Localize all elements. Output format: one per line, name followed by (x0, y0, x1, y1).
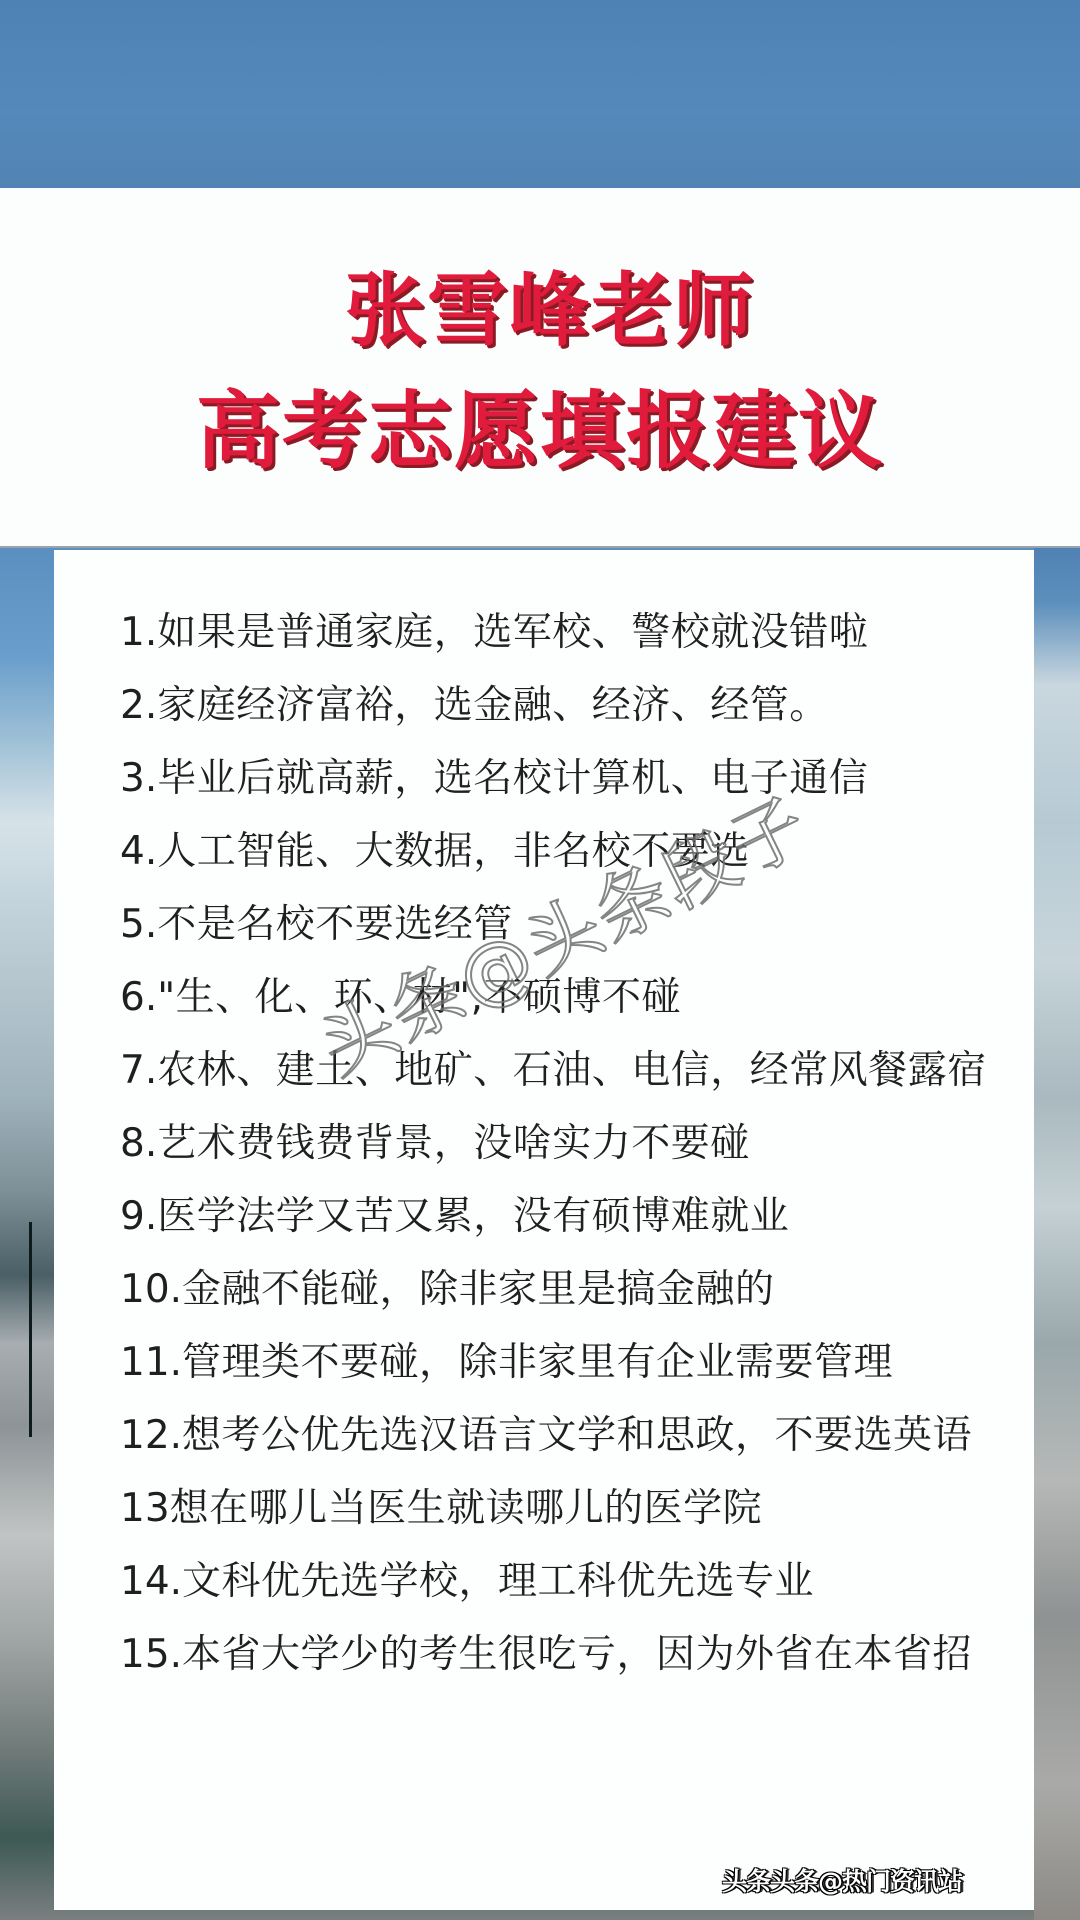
tip-item-12: 12.想考公优先选汉语言文学和思政，不要选英语 (120, 1399, 1020, 1472)
top-blue-banner (0, 0, 1080, 188)
tip-number: 6. (120, 975, 157, 1020)
tip-text: 如果是普通家庭，选军校、警校就没错啦 (157, 610, 868, 655)
tip-text: 管理类不要碰，除非家里有企业需要管理 (182, 1340, 893, 1385)
tip-item-14: 14.文科优先选学校，理工科优先选专业 (120, 1545, 1020, 1618)
tip-text: 本省大学少的考生很吃亏，因为外省在本省招 (182, 1632, 972, 1677)
background-pole (29, 1222, 32, 1437)
tip-item-1: 1.如果是普通家庭，选军校、警校就没错啦 (120, 596, 1020, 669)
tip-number: 13 (120, 1486, 170, 1531)
tips-card: 1.如果是普通家庭，选军校、警校就没错啦 2.家庭经济富裕，选金融、经济、经管。… (54, 550, 1034, 1910)
tip-number: 3. (120, 756, 157, 801)
tip-number: 15. (120, 1632, 182, 1677)
tip-item-10: 10.金融不能碰，除非家里是搞金融的 (120, 1253, 1020, 1326)
tip-text: 艺术费钱费背景，没啥实力不要碰 (157, 1121, 750, 1166)
tip-item-5: 5.不是名校不要选经管 (120, 888, 1020, 961)
tip-item-2: 2.家庭经济富裕，选金融、经济、经管。 (120, 669, 1020, 742)
tip-number: 12. (120, 1413, 182, 1458)
background-photo-right-strip (1034, 548, 1080, 1920)
tip-number: 7. (120, 1048, 157, 1093)
tip-number: 14. (120, 1559, 182, 1604)
tip-item-8: 8.艺术费钱费背景，没啥实力不要碰 (120, 1107, 1020, 1180)
tip-text: 金融不能碰，除非家里是搞金融的 (182, 1267, 775, 1312)
tips-list: 1.如果是普通家庭，选军校、警校就没错啦 2.家庭经济富裕，选金融、经济、经管。… (120, 596, 1020, 1691)
tip-text: 毕业后就高薪，选名校计算机、电子通信 (157, 756, 868, 801)
tip-text: 文科优先选学校，理工科优先选专业 (182, 1559, 814, 1604)
tip-number: 2. (120, 683, 157, 728)
tip-text: 医学法学又苦又累，没有硕博难就业 (157, 1194, 789, 1239)
tip-item-11: 11.管理类不要碰，除非家里有企业需要管理 (120, 1326, 1020, 1399)
tip-text: 想考公优先选汉语言文学和思政，不要选英语 (182, 1413, 972, 1458)
tip-number: 5. (120, 902, 157, 947)
tip-text: 人工智能、大数据，非名校不要选 (157, 829, 750, 874)
tip-number: 9. (120, 1194, 157, 1239)
tip-item-9: 9.医学法学又苦又累，没有硕博难就业 (120, 1180, 1020, 1253)
title-subject: 高考志愿填报建议 (0, 383, 1080, 479)
tip-item-4: 4.人工智能、大数据，非名校不要选 (120, 815, 1020, 888)
tip-number: 8. (120, 1121, 157, 1166)
tip-text: 不是名校不要选经管 (157, 902, 513, 947)
tip-item-3: 3.毕业后就高薪，选名校计算机、电子通信 (120, 742, 1020, 815)
title-teacher-name: 张雪峰老师 (0, 266, 1080, 356)
tip-number: 10. (120, 1267, 182, 1312)
tip-item-13: 13想在哪儿当医生就读哪儿的医学院 (120, 1472, 1020, 1545)
tip-item-7: 7.农林、建土、地矿、石油、电信，经常风餐露宿 (120, 1034, 1020, 1107)
tip-number: 4. (120, 829, 157, 874)
title-header: 张雪峰老师 高考志愿填报建议 (0, 188, 1080, 548)
tip-text: 农林、建土、地矿、石油、电信，经常风餐露宿 (157, 1048, 987, 1093)
tip-text: 家庭经济富裕，选金融、经济、经管。 (157, 683, 829, 728)
tip-text: 想在哪儿当医生就读哪儿的医学院 (170, 1486, 763, 1531)
tip-item-15: 15.本省大学少的考生很吃亏，因为外省在本省招 (120, 1618, 1020, 1691)
tip-number: 1. (120, 610, 157, 655)
tip-number: 11. (120, 1340, 182, 1385)
tip-item-6: 6."生、化、环、材",不硕博不碰 (120, 961, 1020, 1034)
tip-text: "生、化、环、材",不硕博不碰 (157, 975, 681, 1020)
